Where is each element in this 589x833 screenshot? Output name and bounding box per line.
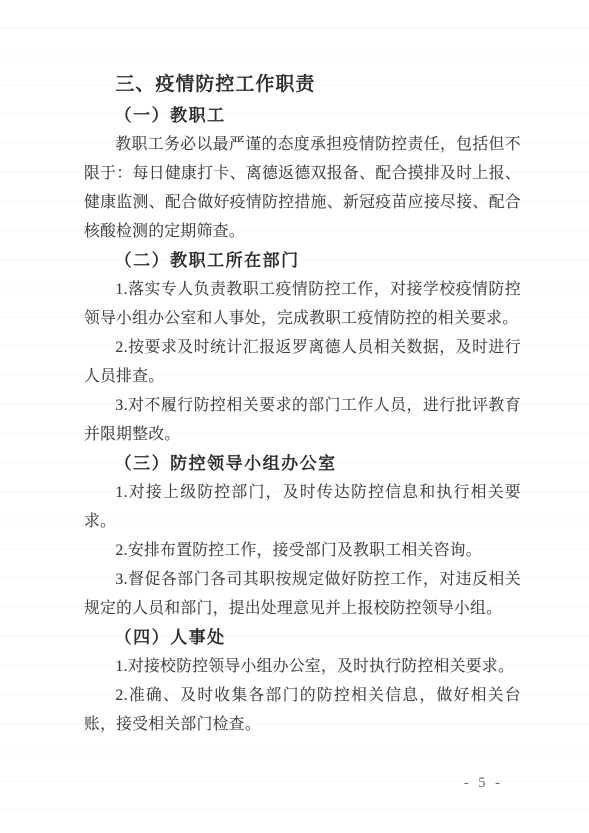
- section-leading-group-office: （三）防控领导小组办公室 1.对接上级防控部门，及时传达防控信息和执行相关要求。…: [84, 449, 521, 623]
- document-title: 三、疫情防控工作职责: [84, 70, 521, 99]
- document-content: 三、疫情防控工作职责 （一）教职工 教职工务必以最严谨的态度承担疫情防控责任，包…: [84, 70, 521, 739]
- section-heading-hr-office: （四）人事处: [84, 623, 521, 652]
- section-heading-staff-department: （二）教职工所在部门: [84, 246, 521, 275]
- paragraph: 教职工务必以最严谨的态度承担疫情防控责任，包括但不限于：每日健康打卡、离德返德双…: [84, 130, 521, 246]
- paragraph: 2.准确、及时收集各部门的防控相关信息，做好相关台账，接受相关部门检查。: [84, 681, 521, 739]
- paragraph: 1.对接上级防控部门，及时传达防控信息和执行相关要求。: [84, 478, 521, 536]
- paragraph: 1.落实专人负责教职工疫情防控工作，对接学校疫情防控领导小组办公室和人事处，完成…: [84, 275, 521, 333]
- document-page: 三、疫情防控工作职责 （一）教职工 教职工务必以最严谨的态度承担疫情防控责任，包…: [0, 0, 589, 833]
- page-number: - 5 -: [464, 774, 503, 792]
- section-staff: （一）教职工 教职工务必以最严谨的态度承担疫情防控责任，包括但不限于：每日健康打…: [84, 101, 521, 246]
- paragraph: 1.对接校防控领导小组办公室，及时执行防控相关要求。: [84, 652, 521, 681]
- paragraph: 3.对不履行防控相关要求的部门工作人员，进行批评教育并限期整改。: [84, 391, 521, 449]
- paragraph: 2.安排布置防控工作，接受部门及教职工相关咨询。: [84, 536, 521, 565]
- paragraph: 3.督促各部门各司其职按规定做好防控工作，对违反相关规定的人员和部门，提出处理意…: [84, 565, 521, 623]
- section-heading-staff: （一）教职工: [84, 101, 521, 130]
- section-hr-office: （四）人事处 1.对接校防控领导小组办公室，及时执行防控相关要求。 2.准确、及…: [84, 623, 521, 739]
- section-heading-leading-group-office: （三）防控领导小组办公室: [84, 449, 521, 478]
- section-staff-department: （二）教职工所在部门 1.落实专人负责教职工疫情防控工作，对接学校疫情防控领导小…: [84, 246, 521, 449]
- paragraph: 2.按要求及时统计汇报返罗离德人员相关数据，及时进行人员排查。: [84, 333, 521, 391]
